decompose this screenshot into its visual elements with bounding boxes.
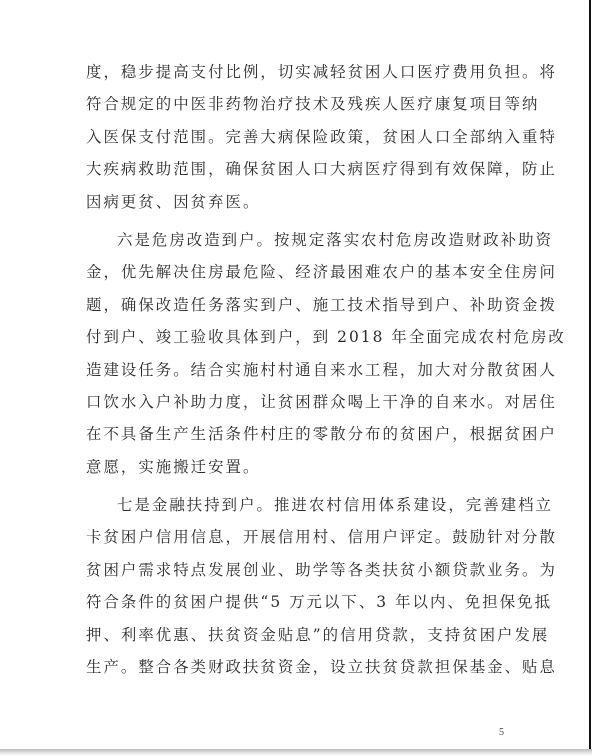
text-line: 题，确保改造任务落实到户、施工技术指导到户、补助资金拨 (86, 289, 506, 321)
document-page: 度，稳步提高支付比例，切实减轻贫困人口医疗费用负担。将 符合规定的中医非药物治疗… (0, 0, 591, 749)
page-number: 5 (499, 727, 504, 738)
text-line: 因病更贫、因贫弃医。 (86, 186, 506, 218)
paragraph-medical-continued: 度，稳步提高支付比例，切实减轻贫困人口医疗费用负担。将 符合规定的中医非药物治疗… (86, 56, 506, 218)
text-line: 符合规定的中医非药物治疗技术及残疾人医疗康复项目等纳 (86, 88, 506, 120)
page-bottom-edge (0, 749, 592, 756)
text-line: 意愿，实施搬迁安置。 (86, 451, 506, 483)
text-line: 造建设任务。结合实施村村通自来水工程，加大对分散贫困人 (86, 354, 506, 386)
text-line: 金，优先解决住房最危险、经济最困难农户的基本安全住房问 (86, 256, 506, 288)
text-line: 在不具备生产生活条件村庄的零散分布的贫困户，根据贫困户 (86, 418, 506, 450)
text-line: 符合条件的贫困户提供“5 万元以下、3 年以内、免担保免抵 (86, 586, 506, 618)
text-line: 卡贫困户信用信息，开展信用村、信用户评定。鼓励针对分散 (86, 521, 506, 553)
paragraph-finance: 七是金融扶持到户。推进农村信用体系建设，完善建档立 卡贫困户信用信息，开展信用村… (86, 489, 506, 683)
text-line: 口饮水入户补助力度，让贫困群众喝上干净的自来水。对居住 (86, 386, 506, 418)
text-line: 度，稳步提高支付比例，切实减轻贫困人口医疗费用负担。将 (86, 56, 506, 88)
text-line: 大疾病救助范围，确保贫困人口大病医疗得到有效保障，防止 (86, 153, 506, 185)
paragraph-housing: 六是危房改造到户。按规定落实农村危房改造财政补助资 金，优先解决住房最危险、经济… (86, 224, 506, 483)
text-line: 贫困户需求特点发展创业、助学等各类扶贫小额贷款业务。为 (86, 554, 506, 586)
document-body: 度，稳步提高支付比例，切实减轻贫困人口医疗费用负担。将 符合规定的中医非药物治疗… (86, 56, 506, 683)
text-line: 押、利率优惠、扶贫资金贴息”的信用贷款，支持贫困户发展 (86, 619, 506, 651)
text-line: 付到户、竣工验收具体到户，到 2018 年全面完成农村危房改 (86, 321, 506, 353)
text-line: 生产。整合各类财政扶贫资金，设立扶贫贷款担保基金、贴息 (86, 651, 506, 683)
text-line: 入医保支付范围。完善大病保险政策，贫困人口全部纳入重特 (86, 121, 506, 153)
text-line-first: 七是金融扶持到户。推进农村信用体系建设，完善建档立 (86, 489, 506, 521)
text-line-first: 六是危房改造到户。按规定落实农村危房改造财政补助资 (86, 224, 506, 256)
